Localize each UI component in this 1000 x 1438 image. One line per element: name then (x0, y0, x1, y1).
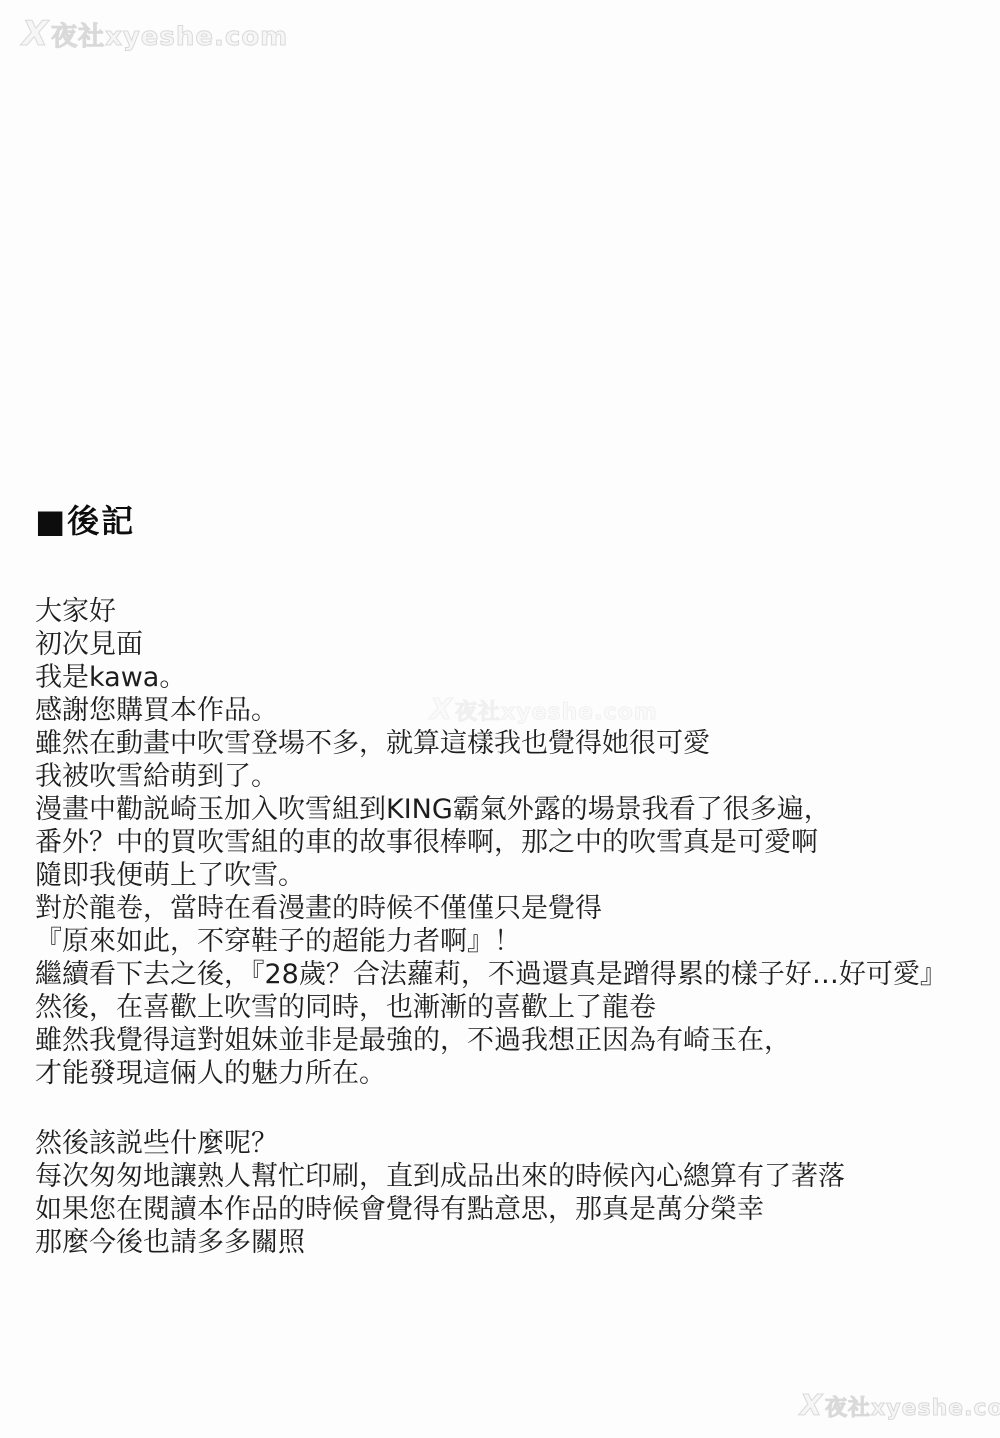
watermark-bottom-text: 夜社xyeshe.com (825, 1396, 1000, 1421)
text-line: 我被吹雪給萌到了。 (35, 760, 947, 793)
text-line: 如果您在閱讀本作品的時候會覺得有點意思，那真是萬分榮幸 (35, 1193, 947, 1226)
watermark-top-text: 夜社xyeshe.com (51, 22, 288, 52)
watermark-top: X夜社xyeshe.com (22, 14, 288, 53)
text-line: 『原來如此，不穿鞋子的超能力者啊』！ (35, 925, 947, 958)
text-line: 我是kawa。 (35, 661, 947, 694)
text-line: 隨即我便萌上了吹雪。 (35, 859, 947, 892)
text-line: 番外？中的買吹雪組的車的故事很棒啊，那之中的吹雪真是可愛啊 (35, 826, 947, 859)
page-title: ■後記 (35, 496, 135, 542)
text-line: 然後該説些什麼呢？ (35, 1127, 947, 1160)
text-line: 然後，在喜歡上吹雪的同時，也漸漸的喜歡上了龍卷 (35, 991, 947, 1024)
xyeshe-logo-icon: X (800, 1388, 823, 1422)
afterword-page: X夜社xyeshe.com X夜社xyeshe.com ■後記 大家好 初次見面… (0, 0, 1000, 1438)
text-line: 大家好 (35, 595, 947, 628)
afterword-body: 大家好 初次見面 我是kawa。 感謝您購買本作品。 雖然在動畫中吹雪登場不多，… (35, 595, 947, 1259)
text-line: 對於龍卷，當時在看漫畫的時候不僅僅只是覺得 (35, 892, 947, 925)
text-line: 漫畫中勸説崎玉加入吹雪組到KING霸氣外露的場景我看了很多遍， (35, 793, 947, 826)
text-line: 每次匆匆地讓熟人幫忙印刷，直到成品出來的時候內心總算有了著落 (35, 1160, 947, 1193)
text-line: 繼續看下去之後，『28歲？合法蘿莉，不過還真是蹭得累的樣子好…好可愛』 (35, 958, 947, 991)
paragraph-gap (35, 1090, 947, 1127)
watermark-bottom: X夜社xyeshe.com (800, 1388, 1000, 1422)
text-line: 感謝您購買本作品。 (35, 694, 947, 727)
text-line: 那麼今後也請多多關照 (35, 1226, 947, 1259)
xyeshe-logo-icon: X (22, 14, 49, 53)
text-line: 雖然我覺得這對姐妹並非是最強的，不過我想正因為有崎玉在， (35, 1024, 947, 1057)
text-line: 才能發現這倆人的魅力所在。 (35, 1057, 947, 1090)
text-line: 初次見面 (35, 628, 947, 661)
text-line: 雖然在動畫中吹雪登場不多，就算這樣我也覺得她很可愛 (35, 727, 947, 760)
